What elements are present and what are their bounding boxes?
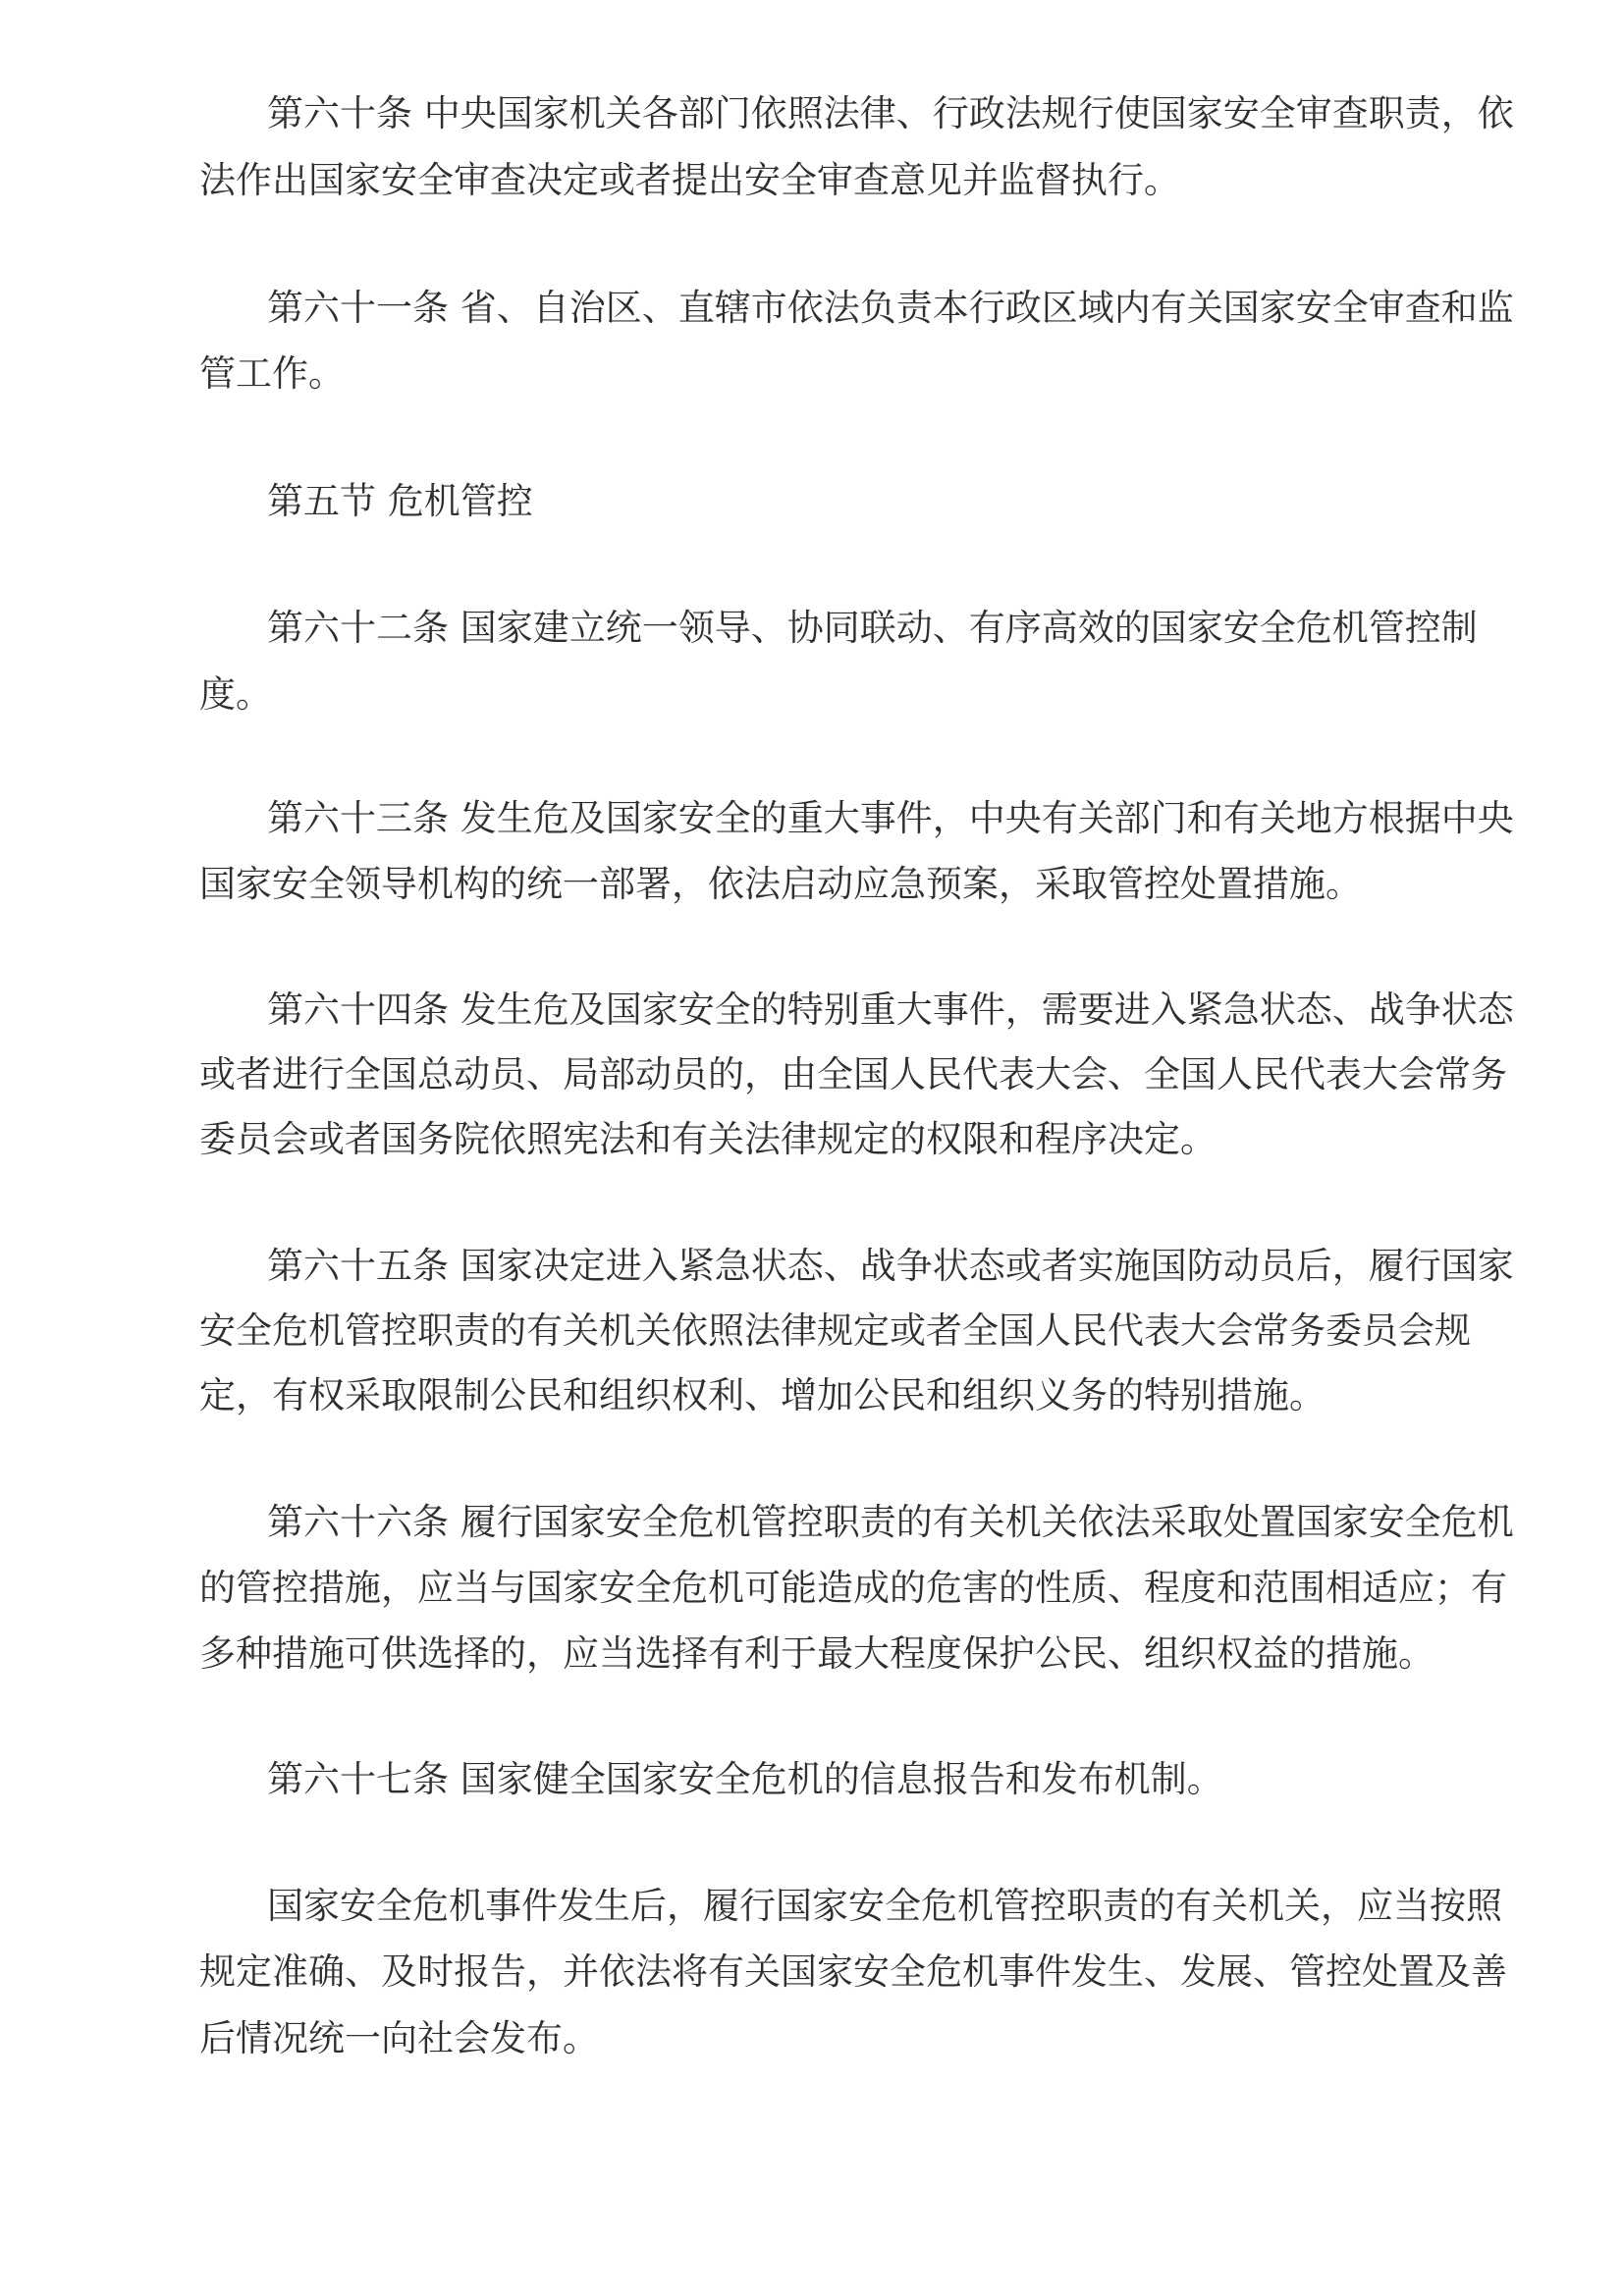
paragraph-line-2: 规定准确、及时报告，并依法将有关国家安全危机事件发生、发展、管控处置及善 bbox=[199, 1952, 1507, 1992]
article-62-line-1: 第六十二条 国家建立统一领导、协同联动、有序高效的国家安全危机管控制 bbox=[267, 609, 1478, 648]
article-65-line-3: 定，有权采取限制公民和组织权利、增加公民和组织义务的特别措施。 bbox=[199, 1376, 1325, 1415]
article-65-line-1: 第六十五条 国家决定进入紧急状态、战争状态或者实施国防动员后，履行国家 bbox=[267, 1247, 1514, 1286]
article-66-line-1: 第六十六条 履行国家安全危机管控职责的有关机关依法采取处置国家安全危机 bbox=[267, 1503, 1514, 1542]
article-64-line-3: 委员会或者国务院依照宪法和有关法律规定的权限和程序决定。 bbox=[199, 1120, 1217, 1159]
paragraph-line-3: 后情况统一向社会发布。 bbox=[199, 2019, 599, 2058]
article-60-line-1: 第六十条 中央国家机关各部门依照法律、行政法规行使国家安全审查职责，依 bbox=[267, 94, 1514, 133]
paragraph-line-1: 国家安全危机事件发生后，履行国家安全危机管控职责的有关机关，应当按照 bbox=[267, 1887, 1502, 1926]
article-63-line-1: 第六十三条 发生危及国家安全的重大事件，中央有关部门和有关地方根据中央 bbox=[267, 799, 1514, 838]
document-page: 第六十条 中央国家机关各部门依照法律、行政法规行使国家安全审查职责，依 法作出国… bbox=[0, 0, 1623, 2296]
article-60-line-2: 法作出国家安全审查决定或者提出安全审查意见并监督执行。 bbox=[199, 161, 1180, 200]
article-66-line-2: 的管控措施，应当与国家安全危机可能造成的危害的性质、程度和范围相适应；有 bbox=[199, 1569, 1507, 1608]
article-61-line-1: 第六十一条 省、自治区、直辖市依法负责本行政区域内有关国家安全审查和监 bbox=[267, 289, 1514, 328]
article-63-line-2: 国家安全领导机构的统一部署，依法启动应急预案，采取管控处置措施。 bbox=[199, 865, 1362, 904]
article-66-line-3: 多种措施可供选择的，应当选择有利于最大程度保护公民、组织权益的措施。 bbox=[199, 1634, 1434, 1674]
article-62-line-2: 度。 bbox=[199, 675, 272, 715]
article-67-line-1: 第六十七条 国家健全国家安全危机的信息报告和发布机制。 bbox=[267, 1760, 1223, 1799]
article-64-line-2: 或者进行全国总动员、局部动员的，由全国人民代表大会、全国人民代表大会常务 bbox=[199, 1055, 1507, 1095]
article-65-line-2: 安全危机管控职责的有关机关依照法律规定或者全国人民代表大会常务委员会规 bbox=[199, 1311, 1471, 1351]
article-61-line-2: 管工作。 bbox=[199, 354, 345, 394]
article-64-line-1: 第六十四条 发生危及国家安全的特别重大事件，需要进入紧急状态、战争状态 bbox=[267, 990, 1514, 1030]
section-heading-text: 第五节 危机管控 bbox=[267, 482, 533, 521]
